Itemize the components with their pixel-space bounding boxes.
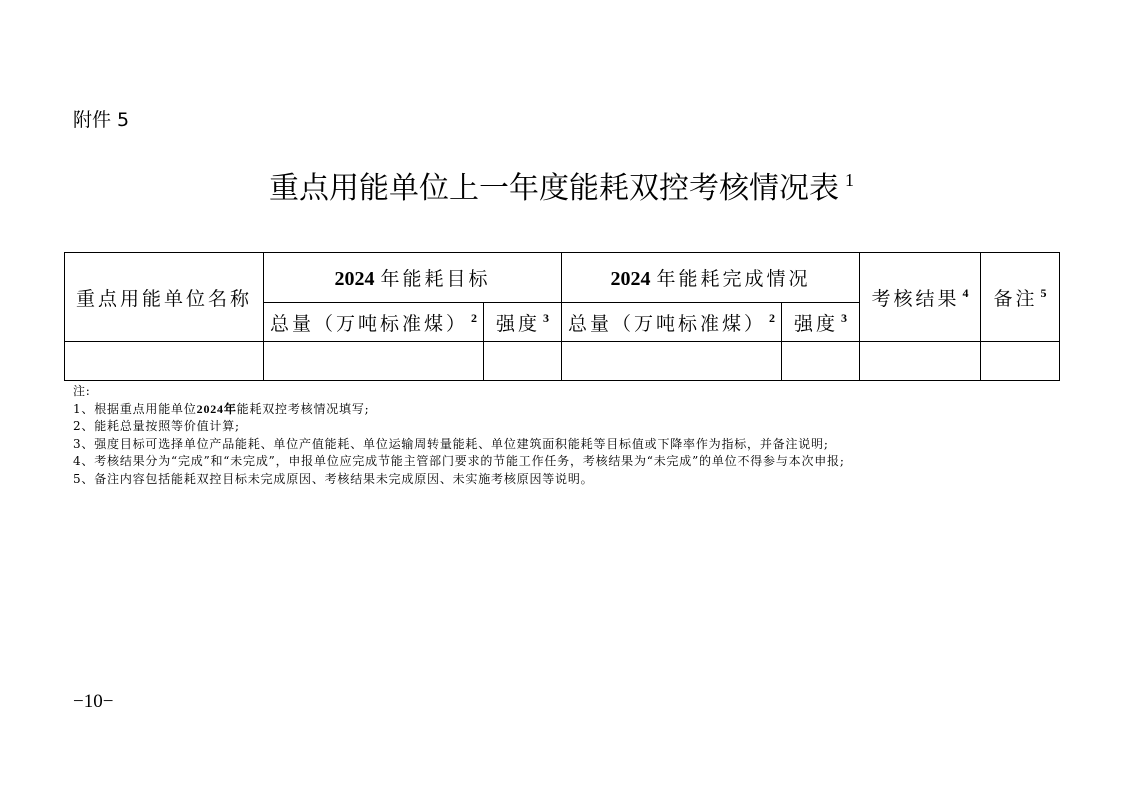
note-item: 4、考核结果分为“完成”和“未完成”，申报单位应完成节能主管部门要求的节能工作任… (73, 453, 845, 471)
header-result: 考核结果4 (860, 253, 981, 342)
footnote-marker: 4 (963, 286, 969, 300)
header-actual-total: 总量（万吨标准煤）2 (562, 303, 782, 342)
header-target-total: 总量（万吨标准煤）2 (264, 303, 484, 342)
header-completion-group: 2024 年能耗完成情况 (562, 253, 860, 303)
header-remark: 备注5 (981, 253, 1060, 342)
cell-actual-intensity[interactable] (782, 342, 860, 381)
cell-target-total[interactable] (264, 342, 484, 381)
cell-result[interactable] (860, 342, 981, 381)
header-row-top: 重点用能单位名称 2024 年能耗目标 2024 年能耗完成情况 考核结果4 备… (65, 253, 1060, 303)
header-unit-name: 重点用能单位名称 (65, 253, 264, 342)
page-title: 重点用能单位上一年度能耗双控考核情况表1 (0, 160, 1123, 209)
attachment-label: 附件 5 (73, 108, 129, 132)
footnote-marker: 3 (543, 311, 549, 325)
notes-heading: 注: (73, 383, 845, 401)
note-item: 3、强度目标可选择单位产品能耗、单位产值能耗、单位运输周转量能耗、单位建筑面积能… (73, 436, 845, 454)
note-item: 5、备注内容包括能耗双控目标未完成原因、考核结果未完成原因、未实施考核原因等说明… (73, 471, 845, 489)
cell-actual-total[interactable] (562, 342, 782, 381)
cell-unit-name[interactable] (65, 342, 264, 381)
assessment-table: 重点用能单位名称 2024 年能耗目标 2024 年能耗完成情况 考核结果4 备… (64, 252, 1060, 381)
title-footnote-marker: 1 (845, 170, 854, 190)
header-actual-intensity: 强度3 (782, 303, 860, 342)
note-item: 1、根据重点用能单位2024年能耗双控考核情况填写; (73, 401, 845, 419)
title-text: 重点用能单位上一年度能耗双控考核情况表 (269, 171, 839, 206)
cell-target-intensity[interactable] (484, 342, 562, 381)
header-target-group: 2024 年能耗目标 (264, 253, 562, 303)
cell-remark[interactable] (981, 342, 1060, 381)
note-item: 2、能耗总量按照等价值计算; (73, 418, 845, 436)
footnote-marker: 2 (471, 311, 477, 325)
page-number: −10− (73, 690, 113, 714)
footnote-marker: 5 (1041, 286, 1047, 300)
table-row (65, 342, 1060, 381)
footnote-marker: 3 (841, 311, 847, 325)
notes-section: 注: 1、根据重点用能单位2024年能耗双控考核情况填写; 2、能耗总量按照等价… (73, 383, 845, 489)
footnote-marker: 2 (769, 311, 775, 325)
header-target-intensity: 强度3 (484, 303, 562, 342)
